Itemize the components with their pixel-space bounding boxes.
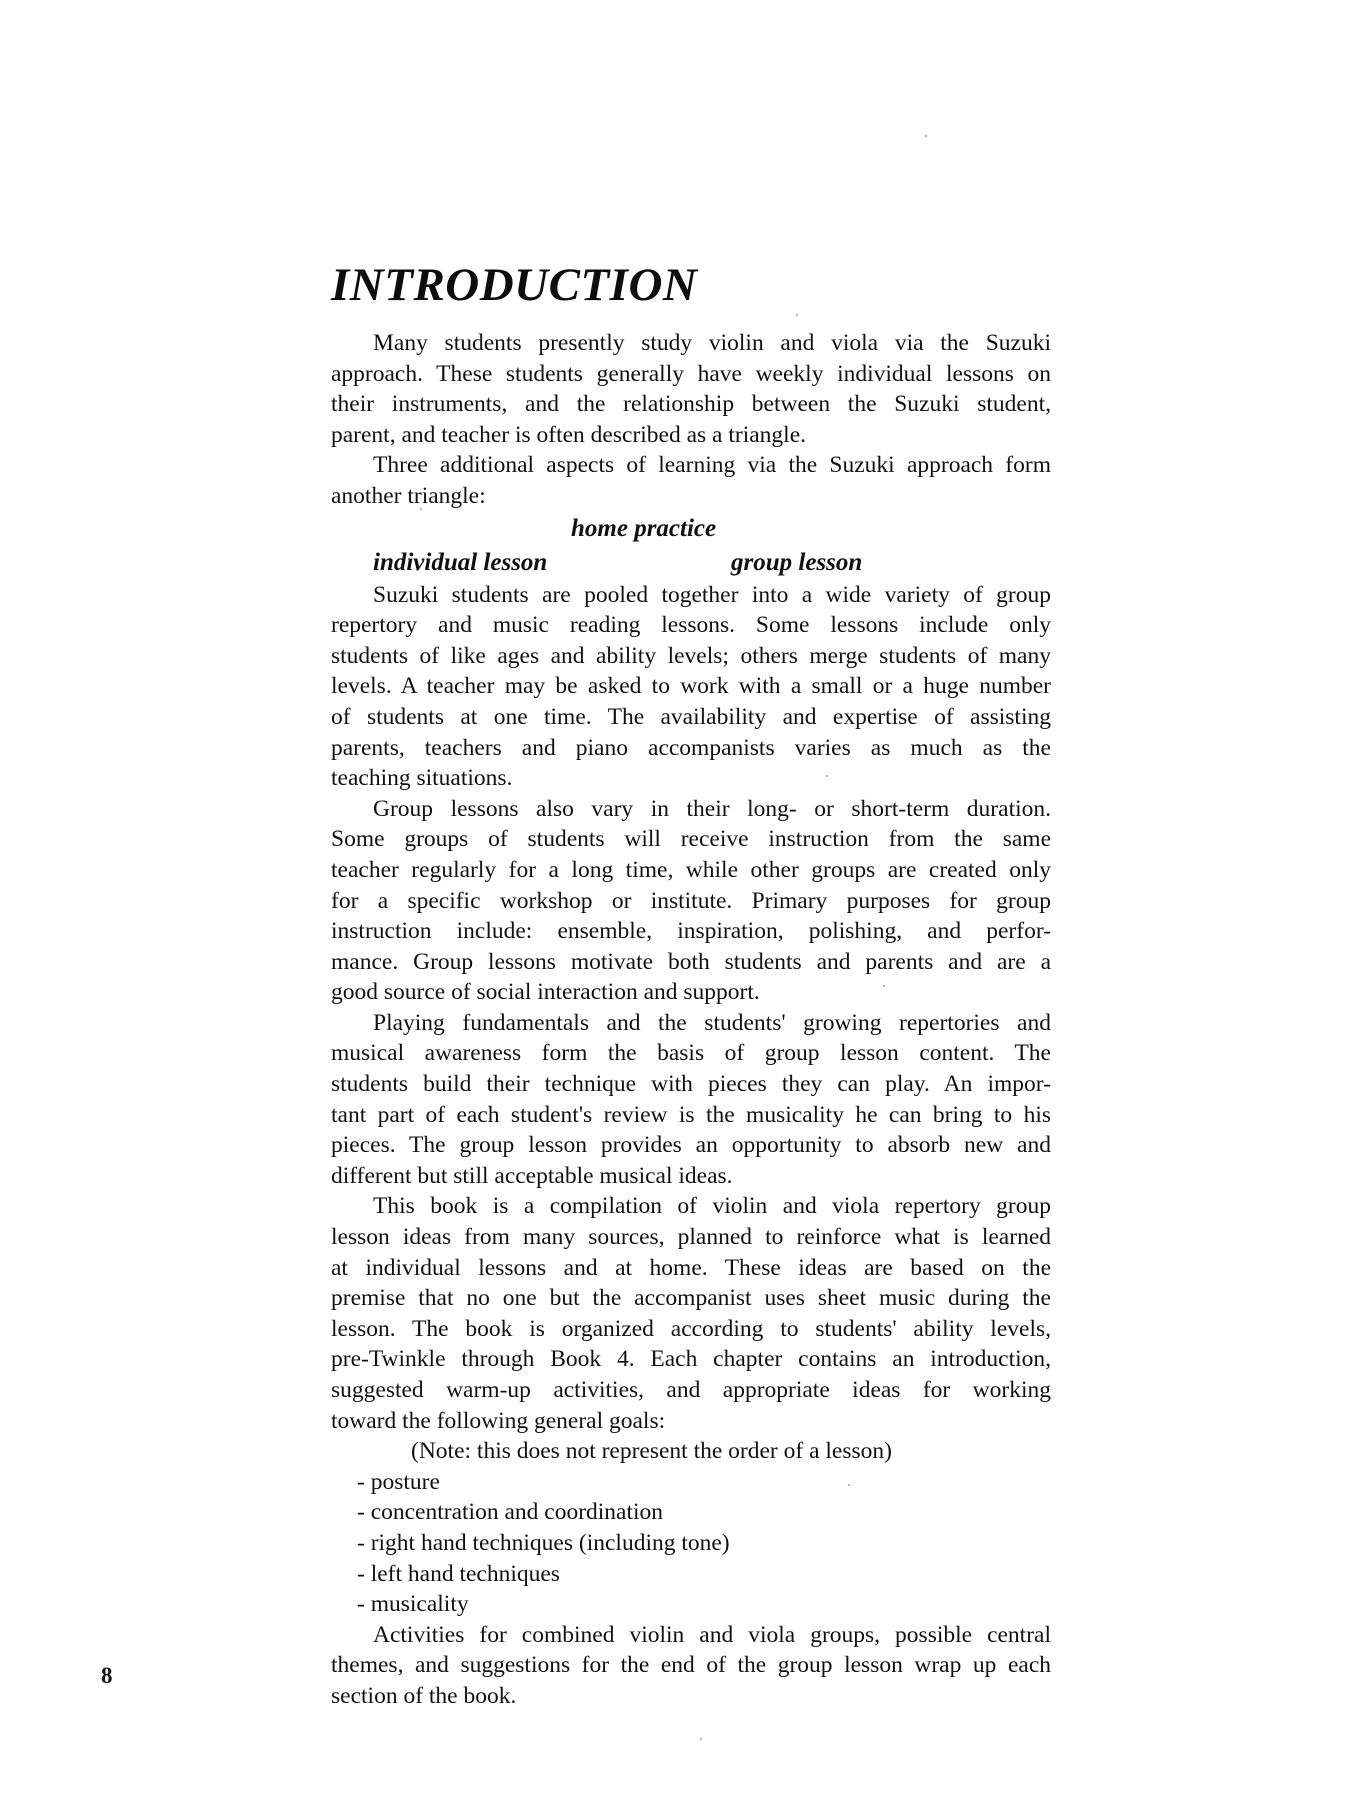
text-line: premise that no one but the accompanist … xyxy=(331,1283,1051,1314)
scan-speck xyxy=(883,985,885,987)
text-line: suggested warm-up activities, and approp… xyxy=(331,1375,1051,1406)
scan-speck xyxy=(848,1484,850,1486)
scan-speck xyxy=(826,775,828,777)
goal-item: - left hand techniques xyxy=(331,1559,1051,1590)
text-line: This book is a compilation of violin and… xyxy=(331,1191,1051,1222)
text-line: levels. A teacher may be asked to work w… xyxy=(331,671,1051,702)
text-line: Some groups of students will receive ins… xyxy=(331,824,1051,855)
text-line: their instruments, and the relationship … xyxy=(331,389,1051,420)
text-line: students of like ages and ability levels… xyxy=(331,641,1051,672)
text-line: another triangle: xyxy=(331,481,1051,512)
goal-item: - musicality xyxy=(331,1589,1051,1620)
goal-item: - concentration and coordination xyxy=(331,1497,1051,1528)
text-line: Activities for combined violin and viola… xyxy=(331,1620,1051,1651)
triangle-group-lesson: group lesson xyxy=(731,546,862,580)
text-line: lesson. The book is organized according … xyxy=(331,1314,1051,1345)
body-text: Many students presently study violin and… xyxy=(331,328,1051,1712)
triangle-home-practice: home practice xyxy=(331,512,1051,546)
text-line: at individual lessons and at home. These… xyxy=(331,1253,1051,1284)
text-line: mance. Group lessons motivate both stude… xyxy=(331,947,1051,978)
text-line: of students at one time. The availabilit… xyxy=(331,702,1051,733)
goals-note: (Note: this does not represent the order… xyxy=(331,1436,1051,1467)
scan-speck xyxy=(925,135,927,137)
text-line: Three additional aspects of learning via… xyxy=(331,450,1051,481)
text-line: repertory and music reading lessons. Som… xyxy=(331,610,1051,641)
paragraph-group-variety: Suzuki students are pooled together into… xyxy=(331,580,1051,794)
goal-item: - posture xyxy=(331,1467,1051,1498)
scan-speck xyxy=(700,1738,702,1740)
text-line: lesson ideas from many sources, planned … xyxy=(331,1222,1051,1253)
text-line: teacher regularly for a long time, while… xyxy=(331,855,1051,886)
scan-speck xyxy=(420,508,422,510)
text-line: tant part of each student's review is th… xyxy=(331,1100,1051,1131)
paragraph-intro: Many students presently study violin and… xyxy=(331,328,1051,450)
paragraph-book-overview: This book is a compilation of violin and… xyxy=(331,1191,1051,1436)
text-line: for a specific workshop or institute. Pr… xyxy=(331,886,1051,917)
text-line: parents, teachers and piano accompanists… xyxy=(331,733,1051,764)
text-line: pre-Twinkle through Book 4. Each chapter… xyxy=(331,1344,1051,1375)
page-title: INTRODUCTION xyxy=(331,262,697,309)
text-line: different but still acceptable musical i… xyxy=(331,1161,1051,1192)
text-line: good source of social interaction and su… xyxy=(331,977,1051,1008)
document-page: INTRODUCTION Many students presently stu… xyxy=(0,0,1350,1800)
text-line: themes, and suggestions for the end of t… xyxy=(331,1650,1051,1681)
scan-speck xyxy=(796,314,798,316)
text-line: Suzuki students are pooled together into… xyxy=(331,580,1051,611)
text-line: teaching situations. xyxy=(331,763,1051,794)
text-line: Group lessons also vary in their long- o… xyxy=(331,794,1051,825)
text-line: Many students presently study violin and… xyxy=(331,328,1051,359)
page-number: 8 xyxy=(101,1663,113,1689)
goals-list: (Note: this does not represent the order… xyxy=(331,1436,1051,1620)
goal-item: - right hand techniques (including tone) xyxy=(331,1528,1051,1559)
paragraph-triangle-intro: Three additional aspects of learning via… xyxy=(331,450,1051,511)
text-line: students build their technique with piec… xyxy=(331,1069,1051,1100)
text-line: Playing fundamentals and the students' g… xyxy=(331,1008,1051,1039)
text-line: instruction include: ensemble, inspirati… xyxy=(331,916,1051,947)
text-line: parent, and teacher is often described a… xyxy=(331,420,1051,451)
paragraph-closing: Activities for combined violin and viola… xyxy=(331,1620,1051,1712)
text-line: approach. These students generally have … xyxy=(331,359,1051,390)
triangle-bottom-row: individual lesson group lesson xyxy=(331,546,1051,580)
paragraph-group-duration: Group lessons also vary in their long- o… xyxy=(331,794,1051,1008)
text-line: musical awareness form the basis of grou… xyxy=(331,1038,1051,1069)
text-line: pieces. The group lesson provides an opp… xyxy=(331,1130,1051,1161)
text-line: toward the following general goals: xyxy=(331,1406,1051,1437)
learning-triangle: home practice individual lesson group le… xyxy=(331,512,1051,580)
text-line: section of the book. xyxy=(331,1681,1051,1712)
triangle-individual-lesson: individual lesson xyxy=(373,546,547,580)
paragraph-fundamentals: Playing fundamentals and the students' g… xyxy=(331,1008,1051,1192)
